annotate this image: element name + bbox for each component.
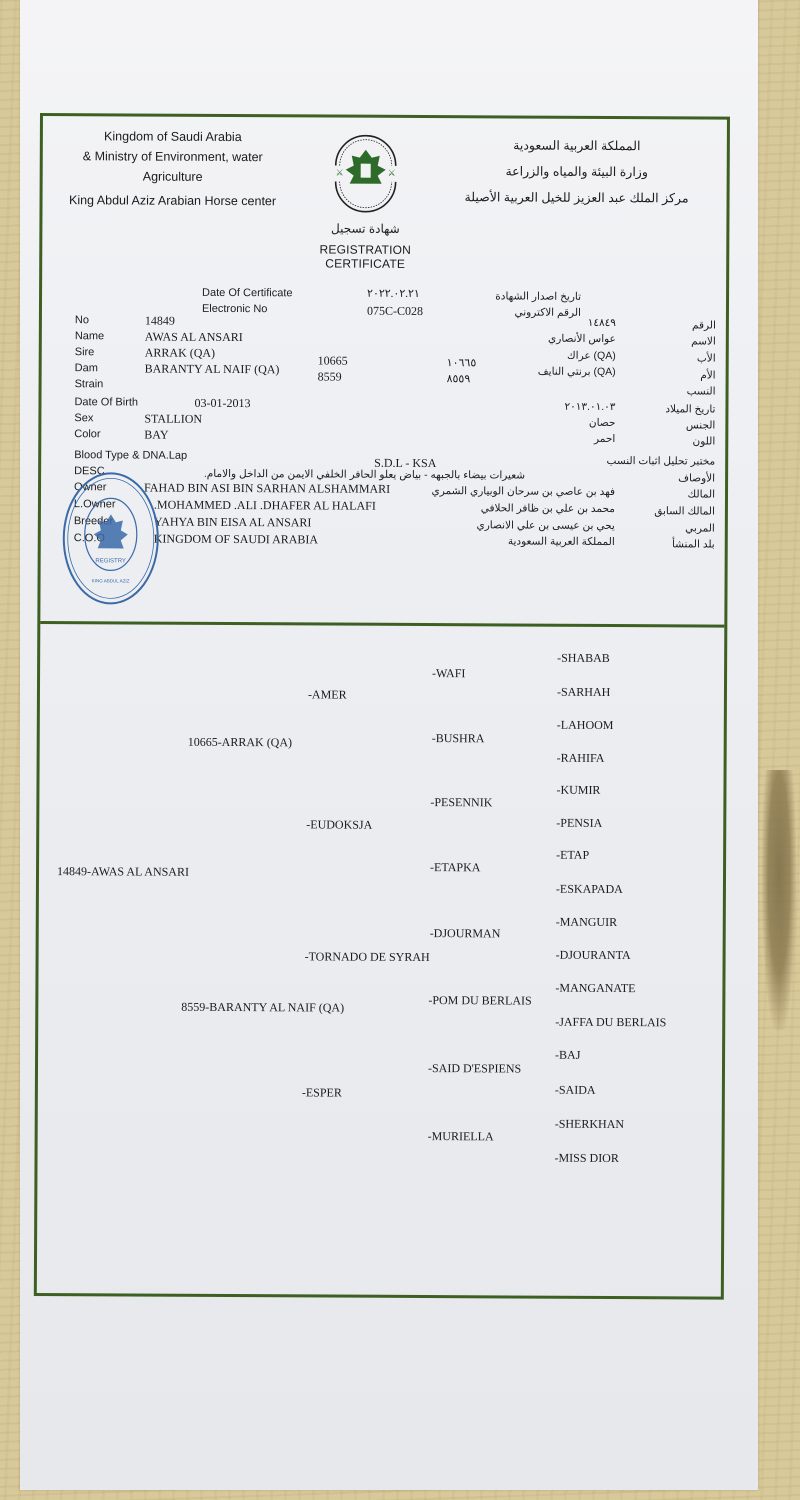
pedigree-gggp: -MANGUIR	[556, 915, 617, 930]
field-label: Color	[74, 428, 100, 440]
field-row-desc: DESC شعيرات بيضاء بالجبهه - بياض يعلو ال…	[43, 116, 727, 120]
date-of-certificate-label-ar: تاريخ اصدار الشهادة	[495, 290, 581, 302]
field-label-ar: الأم	[700, 369, 715, 381]
pedigree-gp: -ESPER	[302, 1085, 342, 1100]
field-value-ar: محمد بن علي بن ظافر الحلافي	[481, 502, 615, 515]
field-label: Sex	[74, 412, 93, 424]
field-label-ar: المالك السابق	[654, 505, 715, 517]
field-label-ar: المربي	[685, 522, 715, 534]
svg-text:⚔: ⚔	[336, 168, 344, 178]
field-value-ar: (QA) برنتي النايف	[538, 366, 616, 378]
certificate-title-arabic: شهادة تسجيل	[325, 221, 405, 235]
pedigree-ggp: -WAFI	[432, 666, 465, 681]
field-row-strain: Strain النسب	[43, 116, 727, 120]
pedigree-dam: 8559-BARANTY AL NAIF (QA)	[181, 1000, 344, 1016]
field-row-breeder: Breeder YAHYA BIN EISA AL ANSARI يحي بن …	[43, 116, 727, 120]
field-label: Sire	[75, 346, 95, 358]
field-value: KINGDOM OF SAUDI ARABIA	[154, 532, 318, 548]
field-label-ar: الأوصاف	[678, 472, 715, 484]
pedigree-gggp: -ESKAPADA	[556, 882, 623, 897]
field-value-ar: ١٤٨٤٩	[588, 317, 616, 329]
pedigree-gp: -EUDOKSJA	[306, 817, 372, 832]
pedigree-gggp: -ETAP	[556, 848, 589, 863]
certificate-frame: Kingdom of Saudi Arabia & Ministry of En…	[34, 113, 730, 1300]
field-label: Date Of Birth	[74, 396, 138, 408]
dam-reg-no-ar: ٨٥٥٩	[447, 372, 471, 385]
header-line-1: Kingdom of Saudi Arabia	[53, 126, 293, 147]
sire-reg-no-ar: ١٠٦٦٥	[447, 356, 477, 369]
electronic-no-label-ar: الرقم الاكتروني	[514, 306, 581, 318]
field-value-ar: يحي بن عيسى بن علي الانصاري	[476, 519, 614, 532]
header-line-3: Agriculture	[53, 166, 293, 187]
field-label: No	[75, 314, 89, 326]
ministry-emblem-icon: ⚔ ⚔	[325, 127, 405, 213]
pedigree-ggp: -ETAPKA	[430, 860, 480, 875]
pedigree-gggp: -PENSIA	[556, 816, 602, 831]
field-value: FAHAD BIN ASI BIN SARHAN ALSHAMMARI	[144, 481, 390, 497]
field-row-sex: Sex STALLION حصان الجنس	[43, 116, 727, 120]
field-label-ar: تاريخ الميلاد	[665, 403, 715, 415]
sire-reg-no: 10665	[318, 353, 348, 368]
field-value-ar: المملكة العربية السعودية	[508, 535, 615, 548]
svg-text:KING ABDUL AZIZ: KING ABDUL AZIZ	[92, 578, 130, 583]
field-label: Strain	[75, 378, 104, 390]
field-label-ar: الجنس	[686, 419, 716, 431]
field-row-dam: Dam BARANTY AL NAIF (QA) 8559 ٨٥٥٩ (QA) …	[43, 116, 727, 120]
field-value: 14849	[145, 314, 175, 329]
pedigree-gggp: -LAHOOM	[557, 718, 614, 733]
field-label-ar: بلد المنشأ	[672, 538, 715, 550]
field-value-ar: فهد بن عاصي بن سرحان الوبياري الشمري	[431, 485, 615, 498]
header-ar-line-1: المملكة العربية السعودية	[457, 132, 697, 159]
svg-text:REGISTRY: REGISTRY	[95, 558, 126, 564]
header-ar-line-3: مركز الملك عبد العزيز للخيل العربية الأص…	[456, 184, 696, 211]
field-label: Blood Type & DNA.Lap	[74, 449, 187, 462]
field-label-ar: الرقم	[692, 319, 716, 331]
field-label-ar: مختبر تحليل اثبات النسب	[607, 455, 716, 468]
table-stain	[762, 770, 796, 1030]
pedigree-gggp: -SHABAB	[557, 651, 610, 666]
pedigree-gggp: -MISS DIOR	[554, 1151, 618, 1166]
header-line-2: & Ministry of Environment, water	[53, 146, 293, 167]
field-value-ar: احمر	[594, 433, 615, 445]
date-of-certificate-label: Date Of Certificate	[202, 287, 293, 299]
field-value-ar: شعيرات بيضاء بالجبهه - بياض يعلو الحافر …	[204, 468, 525, 482]
pedigree-ggp: -DJOURMAN	[430, 926, 501, 941]
pedigree-gggp: -RAHIFA	[557, 751, 605, 766]
field-value-ar: (QA) عراك	[567, 350, 616, 362]
field-row-color: Color BAY احمر اللون	[43, 116, 727, 120]
field-value-ar: حصان	[589, 417, 616, 429]
field-value: YAHYA BIN EISA AL ANSARI	[154, 515, 312, 531]
field-row-blood-type: Blood Type & DNA.Lap S.D.L - KSA مختبر ت…	[43, 116, 727, 120]
pedigree-gggp: -JAFFA DU BERLAIS	[555, 1015, 666, 1031]
field-value-ar: ٢٠١٣.٠١.٠٣	[564, 401, 615, 413]
field-label-ar: اللون	[693, 435, 716, 447]
field-label-ar: الاسم	[691, 335, 716, 347]
pedigree-gggp: -SAIDA	[555, 1083, 596, 1098]
pedigree-gggp: -BAJ	[555, 1048, 580, 1063]
pedigree-gp: -TORNADO DE SYRAH	[305, 949, 430, 965]
pedigree-gggp: -MANGANATE	[555, 981, 635, 996]
pedigree-subject: 14849-AWAS AL ANSARI	[57, 864, 189, 880]
field-label-ar: الأب	[697, 352, 716, 364]
pedigree-gggp: -DJOURANTA	[556, 948, 631, 963]
pedigree-gggp: -SHERKHAN	[555, 1117, 624, 1132]
field-value: STALLION	[144, 412, 202, 427]
pedigree-ggp: -MURIELLA	[428, 1129, 494, 1144]
registry-stamp-icon: REGISTRY KING ABDUL AZIZ	[60, 466, 161, 607]
pedigree-gggp: -SARHAH	[557, 685, 610, 700]
dam-reg-no: 8559	[318, 369, 342, 384]
date-of-certificate-value: ٢٠٢٢.٠٢.٢١	[367, 287, 420, 300]
pedigree-ggp: -POM DU BERLAIS	[428, 993, 531, 1009]
field-row-name: Name AWAS AL ANSARI عواس الأنصاري الاسم	[43, 116, 727, 120]
field-row-sire: Sire ARRAK (QA) 10665 ١٠٦٦٥ (QA) عراك ال…	[43, 116, 727, 120]
field-value: ARRAK (QA)	[145, 346, 215, 361]
electronic-no-label: Electronic No	[202, 303, 267, 315]
header-english: Kingdom of Saudi Arabia & Ministry of En…	[52, 126, 292, 211]
svg-text:⚔: ⚔	[388, 168, 396, 178]
field-row-date-of-birth: Date Of Birth 03-01-2013 ٢٠١٣.٠١.٠٣ تاري…	[43, 116, 727, 120]
field-value: BARANTY AL NAIF (QA)	[145, 362, 280, 378]
field-row-owner: Owner FAHAD BIN ASI BIN SARHAN ALSHAMMAR…	[43, 116, 727, 120]
header-ar-line-2: وزارة البيئة والمياه والزراعة	[457, 158, 697, 185]
pedigree-ggp: -PESENNIK	[430, 795, 492, 810]
electronic-no-value: 075C-C028	[367, 304, 423, 319]
field-row-no: No 14849 ١٤٨٤٩ الرقم	[43, 116, 727, 120]
field-row-coo: C.O.O KINGDOM OF SAUDI ARABIA المملكة ال…	[43, 116, 727, 120]
field-label: Dam	[75, 362, 98, 374]
field-label: Name	[75, 330, 104, 342]
pedigree-sire: 10665-ARRAK (QA)	[188, 735, 292, 751]
certificate-title: REGISTRATION CERTIFICATE	[285, 242, 445, 271]
header-arabic: المملكة العربية السعودية وزارة البيئة وا…	[456, 132, 696, 211]
pedigree-ggp: -SAID D'ESPIENS	[428, 1061, 521, 1076]
field-row-last-owner: L.Owner .MOHAMMED .ALI .DHAFER AL HALAFI…	[43, 116, 727, 120]
field-value: 03-01-2013	[194, 396, 250, 411]
pedigree-gp: -AMER	[308, 687, 347, 702]
field-label-ar: المالك	[688, 488, 716, 500]
pedigree-ggp: -BUSHRA	[432, 731, 485, 746]
field-value: BAY	[144, 428, 168, 443]
field-value-ar: عواس الأنصاري	[548, 333, 616, 345]
pedigree-gggp: -KUMIR	[556, 783, 600, 798]
center-name: King Abdul Aziz Arabian Horse center	[52, 190, 292, 211]
field-value: .MOHAMMED .ALI .DHAFER AL HALAFI	[154, 498, 376, 514]
field-value: AWAS AL ANSARI	[145, 330, 243, 346]
field-label-ar: النسب	[687, 385, 716, 397]
